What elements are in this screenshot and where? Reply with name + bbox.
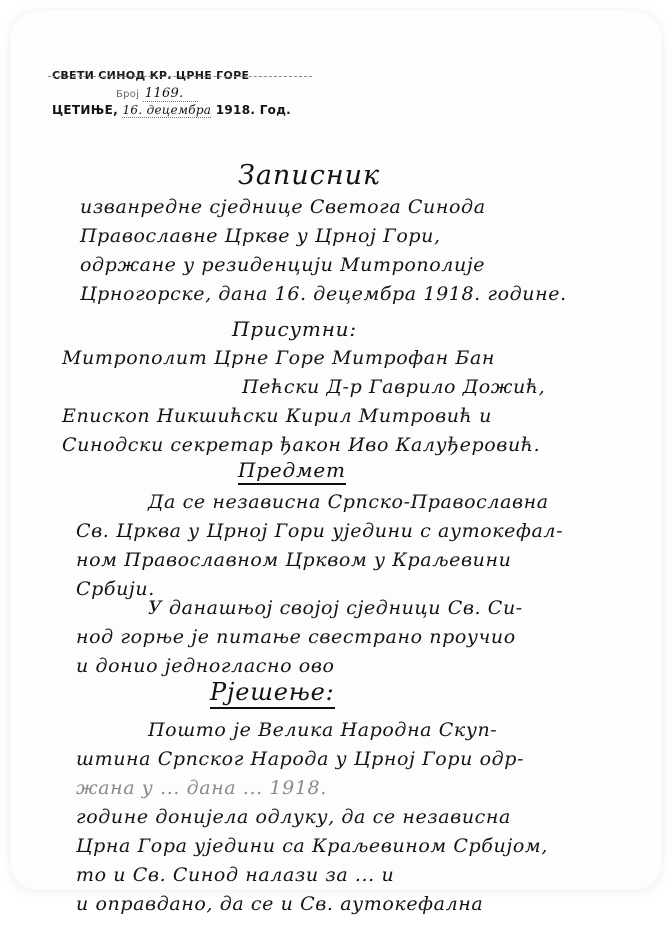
session-paragraph: У данашњој својој сједници Св. Си- нод г… <box>76 594 636 681</box>
subject-line: ном Православном Црквом у Краљевини <box>76 546 636 575</box>
decision-line-faded: жана у ... дана ... 1918. <box>76 774 636 803</box>
subject-heading-text: Предмет <box>238 458 346 485</box>
subject-line: Св. Црква у Црној Гори уједини с аутокеф… <box>76 517 636 546</box>
present-line: Синодски секретар ђакон Иво Калуђеровић. <box>62 431 622 460</box>
subject-paragraph: Да се независна Српско-Православна Св. Ц… <box>76 488 636 604</box>
document-page: СВЕТИ СИНОД КР. ЦРНЕ ГОРЕ Број 1169. ЦЕТ… <box>10 10 662 890</box>
decision-line: штина Српског Народа у Црној Гори одр- <box>76 745 636 774</box>
decision-line: и оправдано, да се и Св. аутокефална <box>76 890 636 919</box>
present-heading: Присутни: <box>232 317 357 341</box>
intro-line: одржане у резиденцији Митрополије <box>80 251 640 280</box>
intro-line: изванредне сједнице Светога Синода <box>80 193 640 222</box>
intro-line: Црногорске, дана 16. децембра 1918. годи… <box>80 280 640 309</box>
decision-line: то и Св. Синод налази за ... и <box>76 861 636 890</box>
stamp-place-date-row: ЦЕТИЊЕ, 16. децембра 1918. Год. <box>52 104 312 116</box>
decision-heading-text: Рјешење: <box>210 678 335 709</box>
intro-paragraph: изванредне сједнице Светога Синода Право… <box>80 193 640 309</box>
stamp-year-suffix: Год. <box>260 103 291 117</box>
present-line: Пећски Д-р Гаврило Дожић, <box>62 373 622 402</box>
synod-stamp: СВЕТИ СИНОД КР. ЦРНЕ ГОРЕ Број 1169. ЦЕТ… <box>52 70 312 116</box>
stamp-date: 16. децембра <box>122 103 211 118</box>
session-line: и донио једногласно ово <box>76 652 636 681</box>
stamp-city: ЦЕТИЊЕ, <box>52 103 118 117</box>
decision-paragraph: Пошто је Велика Народна Скуп- штина Српс… <box>76 716 636 919</box>
intro-line: Православне Цркве у Црној Гори, <box>80 222 640 251</box>
decision-line: Црна Гора уједини са Краљевином Србијом, <box>76 832 636 861</box>
subject-line: Да се независна Српско-Православна <box>76 488 636 517</box>
stamp-number-label: Број <box>116 89 139 100</box>
document-title: Записник <box>238 160 380 191</box>
decision-line: Пошто је Велика Народна Скуп- <box>76 716 636 745</box>
stamp-number-row: Број 1169. <box>116 87 312 100</box>
session-line: У данашњој својој сједници Св. Си- <box>76 594 636 623</box>
present-line: Митрополит Црне Горе Митрофан Бан <box>62 344 622 373</box>
session-line: нод горње је питање свестрано проучио <box>76 623 636 652</box>
subject-heading: Предмет <box>238 458 346 482</box>
present-paragraph: Митрополит Црне Горе Митрофан Бан Пећски… <box>62 344 622 460</box>
stamp-number-value: 1169. <box>143 86 198 102</box>
present-line: Епископ Никшићски Кирил Митровић и <box>62 402 622 431</box>
stamp-year: 1918. <box>216 103 255 117</box>
decision-heading: Рјешење: <box>210 678 335 706</box>
stamp-institution: СВЕТИ СИНОД КР. ЦРНЕ ГОРЕ <box>52 70 312 81</box>
decision-line: године донијела одлуку, да се независна <box>76 803 636 832</box>
